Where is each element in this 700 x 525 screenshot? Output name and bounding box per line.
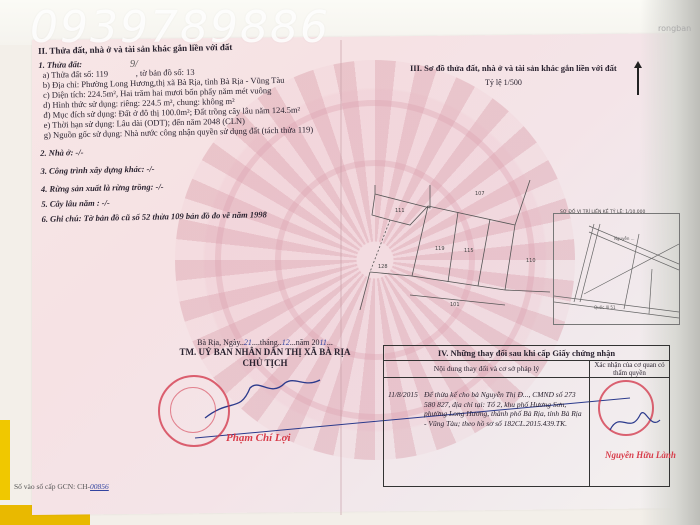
issuing-org: TM. UỶ BAN NHÂN DÂN THỊ XÃ BÀ RỊA bbox=[150, 347, 380, 358]
signature-block: Bà Rịa, Ngày..21....tháng..12...năm 2011… bbox=[150, 338, 380, 369]
location-map: Nguyễn ... Quốc lộ 51 bbox=[553, 213, 680, 325]
svg-text:101: 101 bbox=[450, 302, 460, 308]
month: 12 bbox=[282, 338, 290, 347]
pencil-mark: 9/ bbox=[130, 59, 138, 70]
site-watermark: rongban bbox=[658, 24, 691, 33]
year: 11 bbox=[319, 338, 326, 347]
serial-value: 00856 bbox=[90, 482, 109, 491]
svg-text:115: 115 bbox=[464, 248, 474, 254]
signer-name: Phạm Chí Lợi bbox=[226, 432, 291, 444]
col-header-content: Nội dung thay đổi và cơ sở pháp lý bbox=[384, 361, 590, 377]
entry-text: Để thừa kế cho bà Nguyễn Thị Đ..., CMND … bbox=[424, 390, 584, 428]
parcel-plan: 107 111 119 128 110 101 115 bbox=[350, 180, 550, 310]
confirm-signer-name: Nguyễn Hữu Lành bbox=[605, 450, 676, 460]
official-seal-inner bbox=[170, 387, 216, 433]
svg-text:110: 110 bbox=[526, 258, 536, 264]
svg-text:128: 128 bbox=[378, 264, 388, 270]
changes-title: IV. Những thay đổi sau khi cấp Giấy chứn… bbox=[384, 346, 669, 361]
svg-text:Nguyễn ...: Nguyễn ... bbox=[614, 236, 635, 241]
date-line: Bà Rịa, Ngày..21....tháng..12...năm 2011… bbox=[150, 338, 380, 347]
entry-date: 11/8/2015 bbox=[388, 390, 418, 399]
confirm-signature bbox=[600, 400, 690, 440]
day: 21 bbox=[244, 338, 252, 347]
col-header-confirm: Xác nhận của cơ quan có thẩm quyền bbox=[590, 361, 669, 377]
plan-title: III. Sơ đồ thửa đất, nhà ở và tài sản kh… bbox=[410, 63, 617, 73]
svg-text:107: 107 bbox=[475, 191, 485, 197]
section-land-info: II. Thửa đất, nhà ở và tài sản khác gắn … bbox=[38, 40, 342, 224]
svg-text:Quốc lộ 51: Quốc lộ 51 bbox=[594, 305, 616, 310]
plan-scale: Tỷ lệ 1/500 bbox=[485, 78, 522, 87]
north-arrow-icon bbox=[637, 65, 639, 95]
yellow-object bbox=[0, 420, 10, 500]
serial-number: Số vào sổ cấp GCN: CH-00856 bbox=[14, 482, 109, 491]
svg-text:111: 111 bbox=[395, 208, 405, 214]
svg-text:119: 119 bbox=[435, 246, 445, 252]
